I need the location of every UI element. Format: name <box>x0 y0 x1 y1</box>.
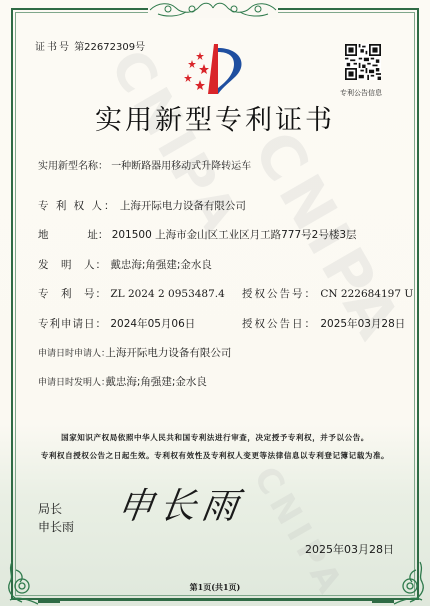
field-value: 上海开际电力设备有限公司 <box>120 200 246 212</box>
qr-code-icon[interactable] <box>345 44 381 80</box>
certificate-title: 实用新型专利证书 <box>0 98 430 137</box>
certificate-number: 证书号 第22672309号 <box>35 38 145 53</box>
top-ornament-icon <box>148 0 278 18</box>
field-grant-publication-number: 授权公告号： CN 222684197 U <box>242 286 413 301</box>
field-label: 授权公告日： <box>242 316 317 331</box>
field-value: 戴忠海;角强建;金水良 <box>110 259 212 271</box>
field-inventor-at-filing: 申请日时发明人： 戴忠海;角强建;金水良 <box>38 374 207 389</box>
issue-date: 2025年03月28日 <box>305 541 394 557</box>
field-label-start: 地 <box>38 227 84 242</box>
bottom-border-rule <box>55 598 375 601</box>
field-label-end: 址： <box>87 227 108 242</box>
field-value: ZL 2024 2 0953487.4 <box>110 288 224 300</box>
qr-caption: 专利公告信息 <box>340 88 382 98</box>
handwritten-signature: 申长雨 <box>114 478 247 529</box>
field-applicant-at-filing: 申请日时申请人： 上海开际电力设备有限公司 <box>38 345 231 360</box>
field-patentee: 专 利 权 人： 上海开际电力设备有限公司 <box>38 198 246 213</box>
field-label: 专 利 权 人： <box>38 198 117 213</box>
field-label: 申请日时发明人： <box>38 375 102 388</box>
field-label: 专利申请日： <box>38 316 107 331</box>
field-inventor: 发 明 人： 戴忠海;角强建;金水良 <box>38 257 212 272</box>
field-value: 一种断路器用移动式升降转运车 <box>111 161 251 172</box>
signatory-title: 局长 <box>38 500 62 517</box>
field-value: 2024年05月06日 <box>110 318 195 330</box>
field-value: 上海开际电力设备有限公司 <box>105 347 231 359</box>
field-address: 地 址： 201500 上海市金山区工业区月工路777号2号楼3层 <box>38 227 357 242</box>
field-patent-number: 专 利 号： ZL 2024 2 0953487.4 <box>38 286 225 301</box>
field-label: 授权公告号： <box>242 286 317 301</box>
field-grant-publication-date: 授权公告日： 2025年03月28日 <box>242 316 405 331</box>
legal-notice-line-1: 国家知识产权局依照中华人民共和国专利法进行审查，决定授予专利权，并予以公告。 <box>0 432 430 443</box>
field-label: 申请日时申请人： <box>38 346 102 359</box>
field-label: 发 明 人： <box>38 257 107 272</box>
signatory-name: 申长雨 <box>38 518 74 535</box>
certificate-number-value: 第22672309号 <box>74 42 145 53</box>
field-value: 戴忠海;角强建;金水良 <box>105 376 207 388</box>
field-value: 2025年03月28日 <box>320 318 405 330</box>
field-utility-model-name: 实用新型名称： 一种断路器用移动式升降转运车 <box>38 157 251 172</box>
field-value: 201500 上海市金山区工业区月工路777号2号楼3层 <box>112 229 357 241</box>
field-value: CN 222684197 U <box>320 288 413 300</box>
field-label: 实用新型名称： <box>38 157 108 172</box>
field-filing-date: 专利申请日： 2024年05月06日 <box>38 316 195 331</box>
legal-notice-line-2: 专利权自授权公告之日起生效。专利权有效性及专利权人变更等法律信息以专利登记簿记载… <box>0 450 430 461</box>
field-label: 专 利 号： <box>38 286 107 301</box>
certificate-number-label: 证书号 <box>35 42 71 53</box>
page-indicator: 第1页(共1页) <box>0 582 430 593</box>
cnipa-logo-icon <box>178 42 248 98</box>
